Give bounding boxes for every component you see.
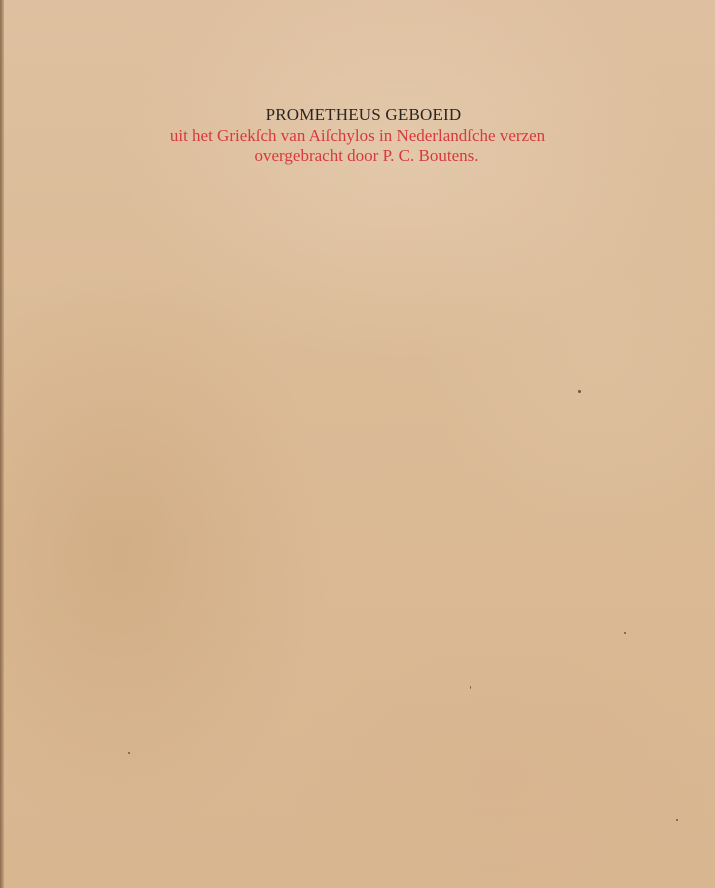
- paper-speck: [676, 819, 678, 821]
- book-title: PROMETHEUS GEBOEID: [12, 104, 715, 126]
- subtitle-line-2: overgebracht door P. C. Boutens.: [18, 146, 715, 166]
- subtitle-line-1: uit het Griekſch van Aiſchylos in Nederl…: [0, 126, 715, 146]
- paper-speck: [128, 752, 130, 754]
- paper-speck: [624, 632, 626, 634]
- paper-speck: [470, 686, 471, 689]
- title-block: PROMETHEUS GEBOEID uit het Griekſch van …: [0, 104, 715, 166]
- paper-speck: [578, 390, 581, 393]
- title-page: PROMETHEUS GEBOEID uit het Griekſch van …: [0, 0, 715, 888]
